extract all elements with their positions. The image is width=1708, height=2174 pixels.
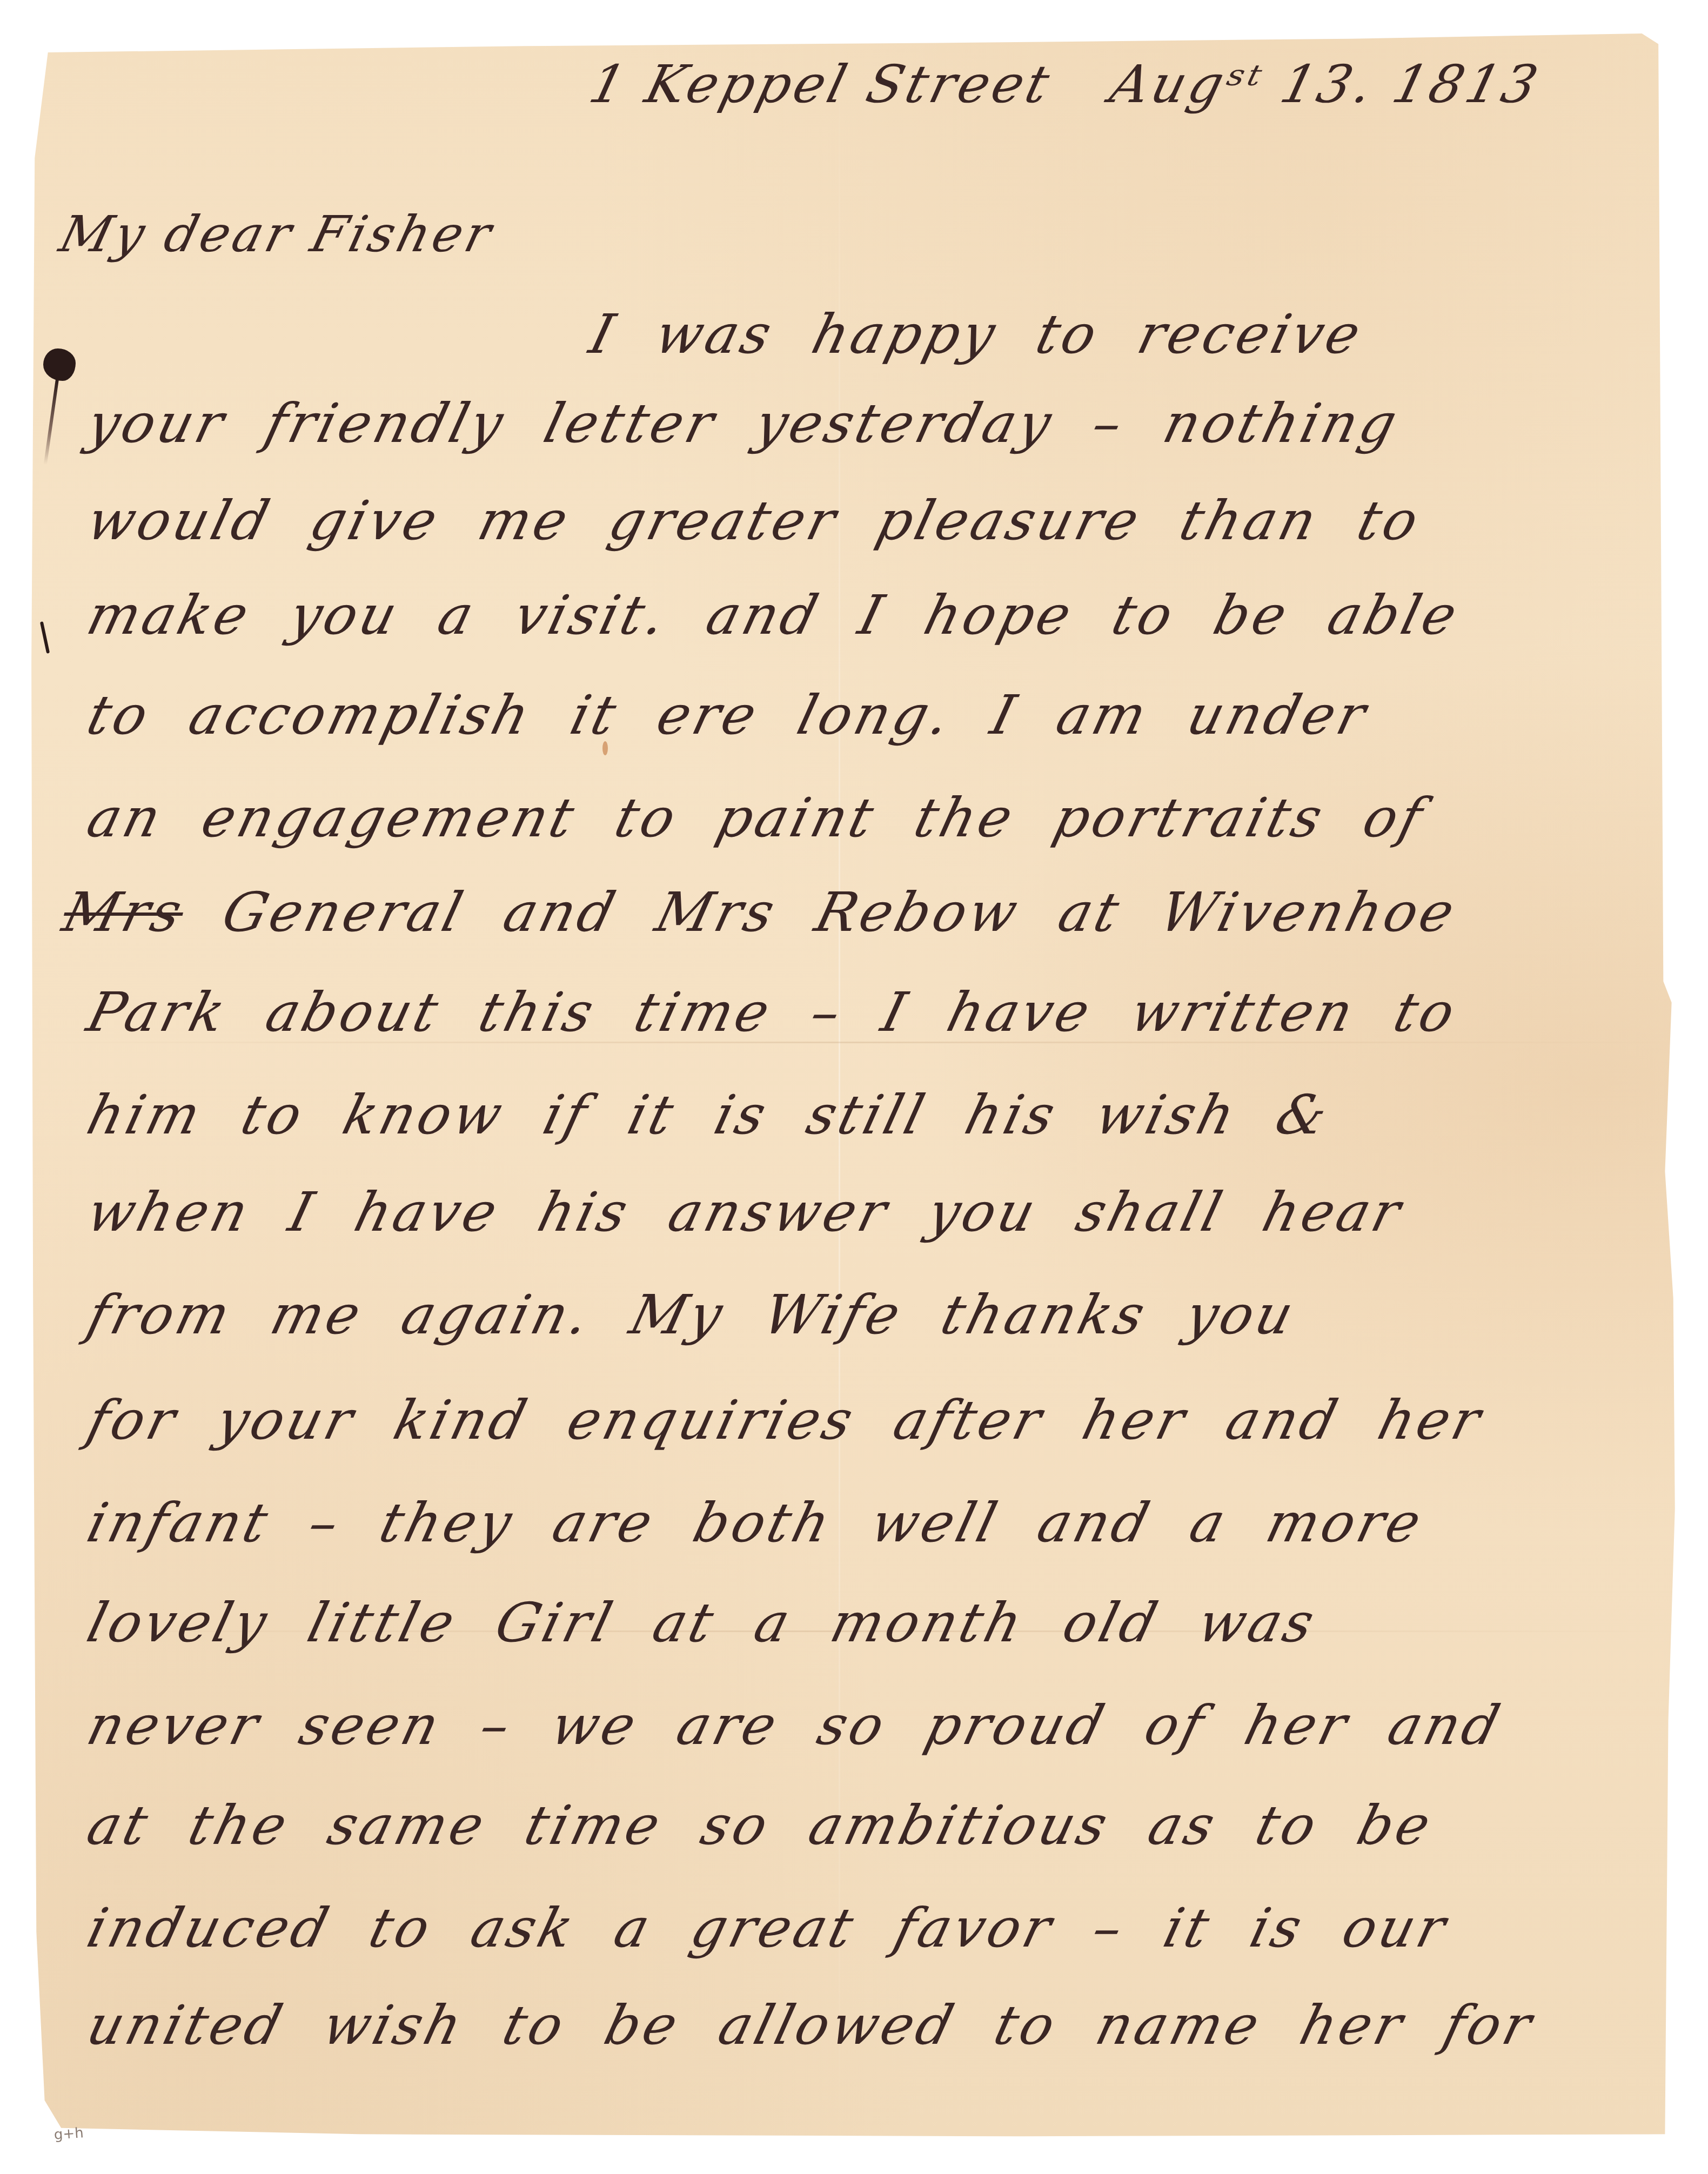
body-line-7: Mrs General and Mrs Rebow at Wivenhoe (57, 881, 1464, 944)
body-line-12: for your kind enquiries after her and he… (81, 1388, 1490, 1452)
body-line-8: Park about this time – I have written to (81, 981, 1464, 1044)
heading-date: Augˢᵗ 13. 1813 (1104, 54, 1547, 115)
body-line-18: united wish to be allowed to name her fo… (81, 1994, 1541, 2057)
struck-word: Mrs (57, 881, 191, 944)
body-line-15: never seen – we are so proud of her and (81, 1694, 1509, 1757)
body-line-2: your friendly letter yesterday – nothing (81, 392, 1406, 455)
body-line-1: I was happy to receive (584, 303, 1370, 366)
body-line-6: an engagement to paint the portraits of (81, 786, 1432, 849)
body-line-10: when I have his answer you shall hear (81, 1180, 1410, 1244)
body-line-17: induced to ask a great favor – it is our (81, 1896, 1455, 1960)
body-line-3: would give me greater pleasure than to (81, 489, 1428, 552)
letter-heading: 1 Keppel Street Augˢᵗ 13. 1813 (584, 54, 1547, 115)
body-line-13: infant – they are both well and a more (81, 1491, 1430, 1554)
body-line-4: make you a visit. and I hope to be able (81, 583, 1466, 647)
body-line-7-text: General and Mrs Rebow at Wivenhoe (216, 881, 1464, 944)
body-line-9: him to know if it is still his wish & (81, 1083, 1337, 1146)
body-line-5: to accomplish it ere long. I am under (81, 683, 1375, 747)
body-line-11: from me again. My Wife thanks you (81, 1283, 1303, 1346)
pencil-annotation: g+h (53, 2125, 84, 2143)
body-line-14: lovely little Girl at a month old was (81, 1591, 1323, 1654)
body-line-16: at the same time so ambitious as to be (81, 1794, 1440, 1857)
heading-address: 1 Keppel Street (584, 54, 1059, 115)
salutation: My dear Fisher (54, 205, 500, 263)
